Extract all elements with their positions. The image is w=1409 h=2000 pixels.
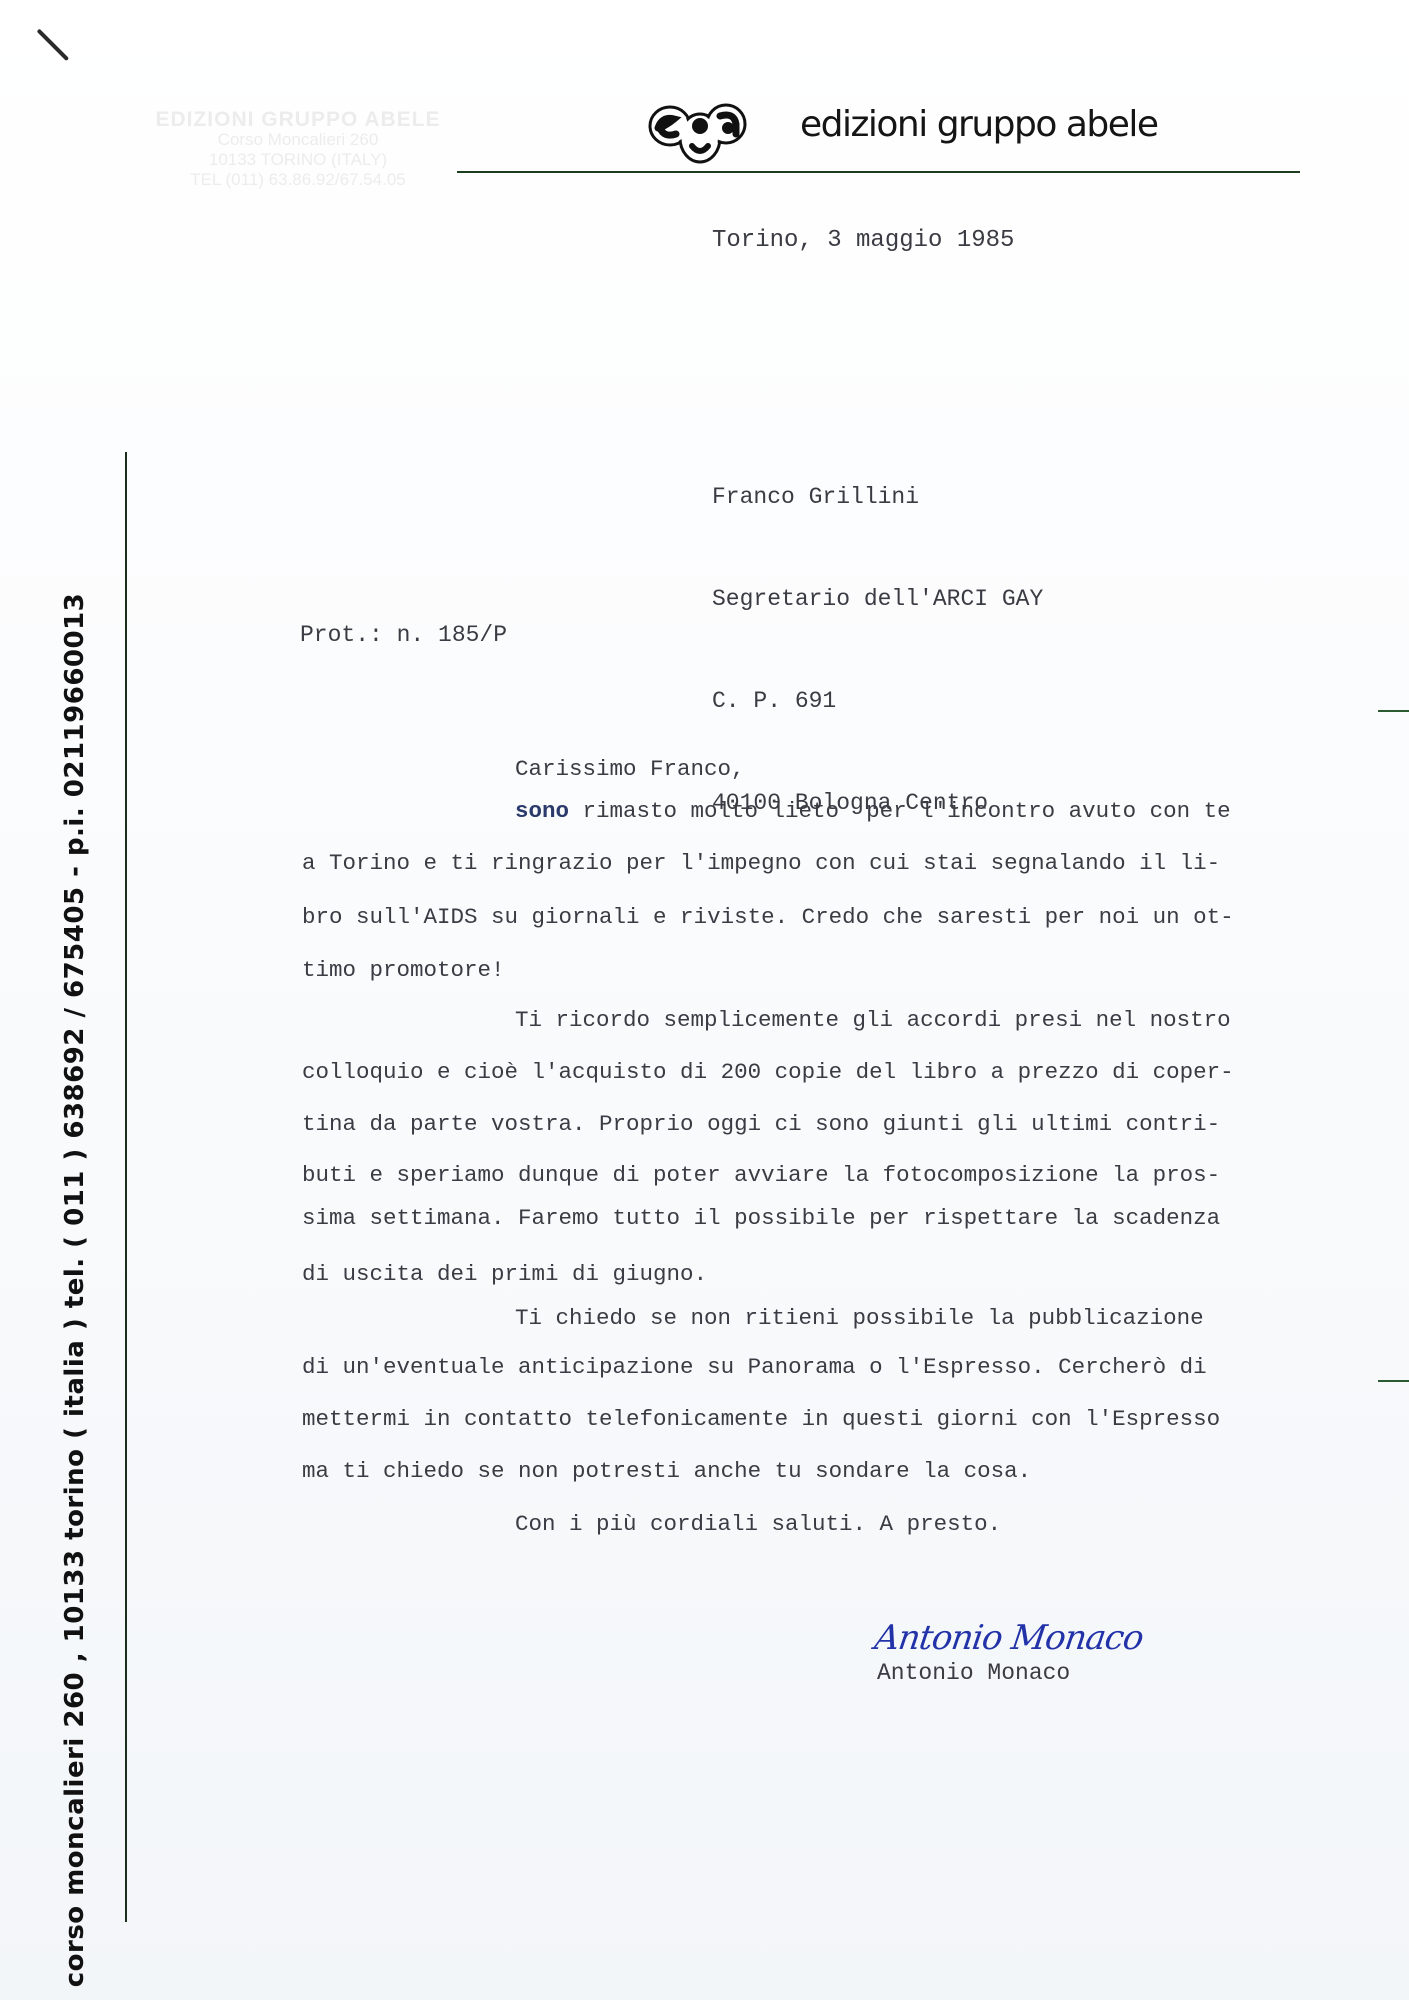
body-line: di uscita dei primi di giugno. (302, 1261, 707, 1287)
handwritten-signature: Antonio Monaco (872, 1618, 1145, 1658)
pen-mark (37, 29, 70, 62)
recipient-address: Franco Grillini Segretario dell'ARCI GAY… (712, 412, 1043, 854)
body-line-text: mettermi in contatto telefonicamente in … (302, 1406, 1220, 1432)
body-line-text: rimasto molto lieto per l'incontro avuto… (569, 798, 1231, 824)
body-line-text: tina da parte vostra. Proprio oggi ci so… (302, 1111, 1220, 1137)
body-line-text: bro sull'AIDS su giornali e riviste. Cre… (302, 904, 1234, 930)
body-line: sima settimana. Faremo tutto il possibil… (302, 1205, 1220, 1231)
recipient-title: Segretario dell'ARCI GAY (712, 582, 1043, 616)
fold-mark (1378, 1380, 1409, 1382)
corrected-word: sono (515, 798, 569, 824)
stamp-line: EDIZIONI GRUPPO ABELE (148, 110, 448, 130)
body-line-text: colloquio e cioè l'acquisto di 200 copie… (302, 1059, 1234, 1085)
body-line: timo promotore! (302, 957, 505, 983)
brand-name: edizioni gruppo abele (800, 104, 1158, 145)
body-line: sono rimasto molto lieto per l'incontro … (515, 798, 1231, 824)
body-line-text: Con i più cordiali saluti. A presto. (515, 1511, 1001, 1537)
recipient-po-box: C. P. 691 (712, 684, 1043, 718)
body-line: tina da parte vostra. Proprio oggi ci so… (302, 1111, 1220, 1137)
recipient-name: Franco Grillini (712, 480, 1043, 514)
salutation: Carissimo Franco, (515, 756, 745, 782)
stamp-line: 10133 TORINO (ITALY) (148, 150, 448, 170)
body-line-text: timo promotore! (302, 957, 505, 983)
letter-date: Torino, 3 maggio 1985 (712, 227, 1014, 254)
body-line-text: Ti ricordo semplicemente gli accordi pre… (515, 1007, 1231, 1033)
margin-rule (125, 452, 127, 1922)
body-line: mettermi in contatto telefonicamente in … (302, 1406, 1220, 1432)
protocol-number: Prot.: n. 185/P (300, 622, 507, 648)
stamp-line: TEL (011) 63.86.92/67.54.05 (148, 170, 448, 190)
body-line-text: sima settimana. Faremo tutto il possibil… (302, 1205, 1220, 1231)
body-line-text: ma ti chiedo se non potresti anche tu so… (302, 1458, 1031, 1484)
body-line: Ti ricordo semplicemente gli accordi pre… (515, 1007, 1231, 1033)
body-line: a Torino e ti ringrazio per l'impegno co… (302, 850, 1220, 876)
body-line: Con i più cordiali saluti. A presto. (515, 1511, 1001, 1537)
body-line: Ti chiedo se non ritieni possibile la pu… (515, 1305, 1204, 1331)
body-line: di un'eventuale anticipazione su Panoram… (302, 1354, 1207, 1380)
fold-mark (1378, 710, 1409, 712)
ega-logo-icon (648, 94, 748, 166)
body-line-text: di un'eventuale anticipazione su Panoram… (302, 1354, 1207, 1380)
body-line: colloquio e cioè l'acquisto di 200 copie… (302, 1059, 1234, 1085)
body-line-text: di uscita dei primi di giugno. (302, 1261, 707, 1287)
typed-signature: Antonio Monaco (877, 1660, 1070, 1686)
stamp-line: Corso Moncalieri 260 (148, 130, 448, 150)
body-line-text: buti e speriamo dunque di poter avviare … (302, 1162, 1220, 1188)
body-line: ma ti chiedo se non potresti anche tu so… (302, 1458, 1031, 1484)
letterhead-address: corso moncalieri 260 , 10133 torino ( it… (60, 593, 90, 1988)
body-line-text: Ti chiedo se non ritieni possibile la pu… (515, 1305, 1204, 1331)
body-line-text: a Torino e ti ringrazio per l'impegno co… (302, 850, 1220, 876)
bleed-through-stamp: EDIZIONI GRUPPO ABELE Corso Moncalieri 2… (148, 110, 448, 190)
body-line: bro sull'AIDS su giornali e riviste. Cre… (302, 904, 1234, 930)
header-rule (457, 171, 1300, 173)
body-line: buti e speriamo dunque di poter avviare … (302, 1162, 1220, 1188)
